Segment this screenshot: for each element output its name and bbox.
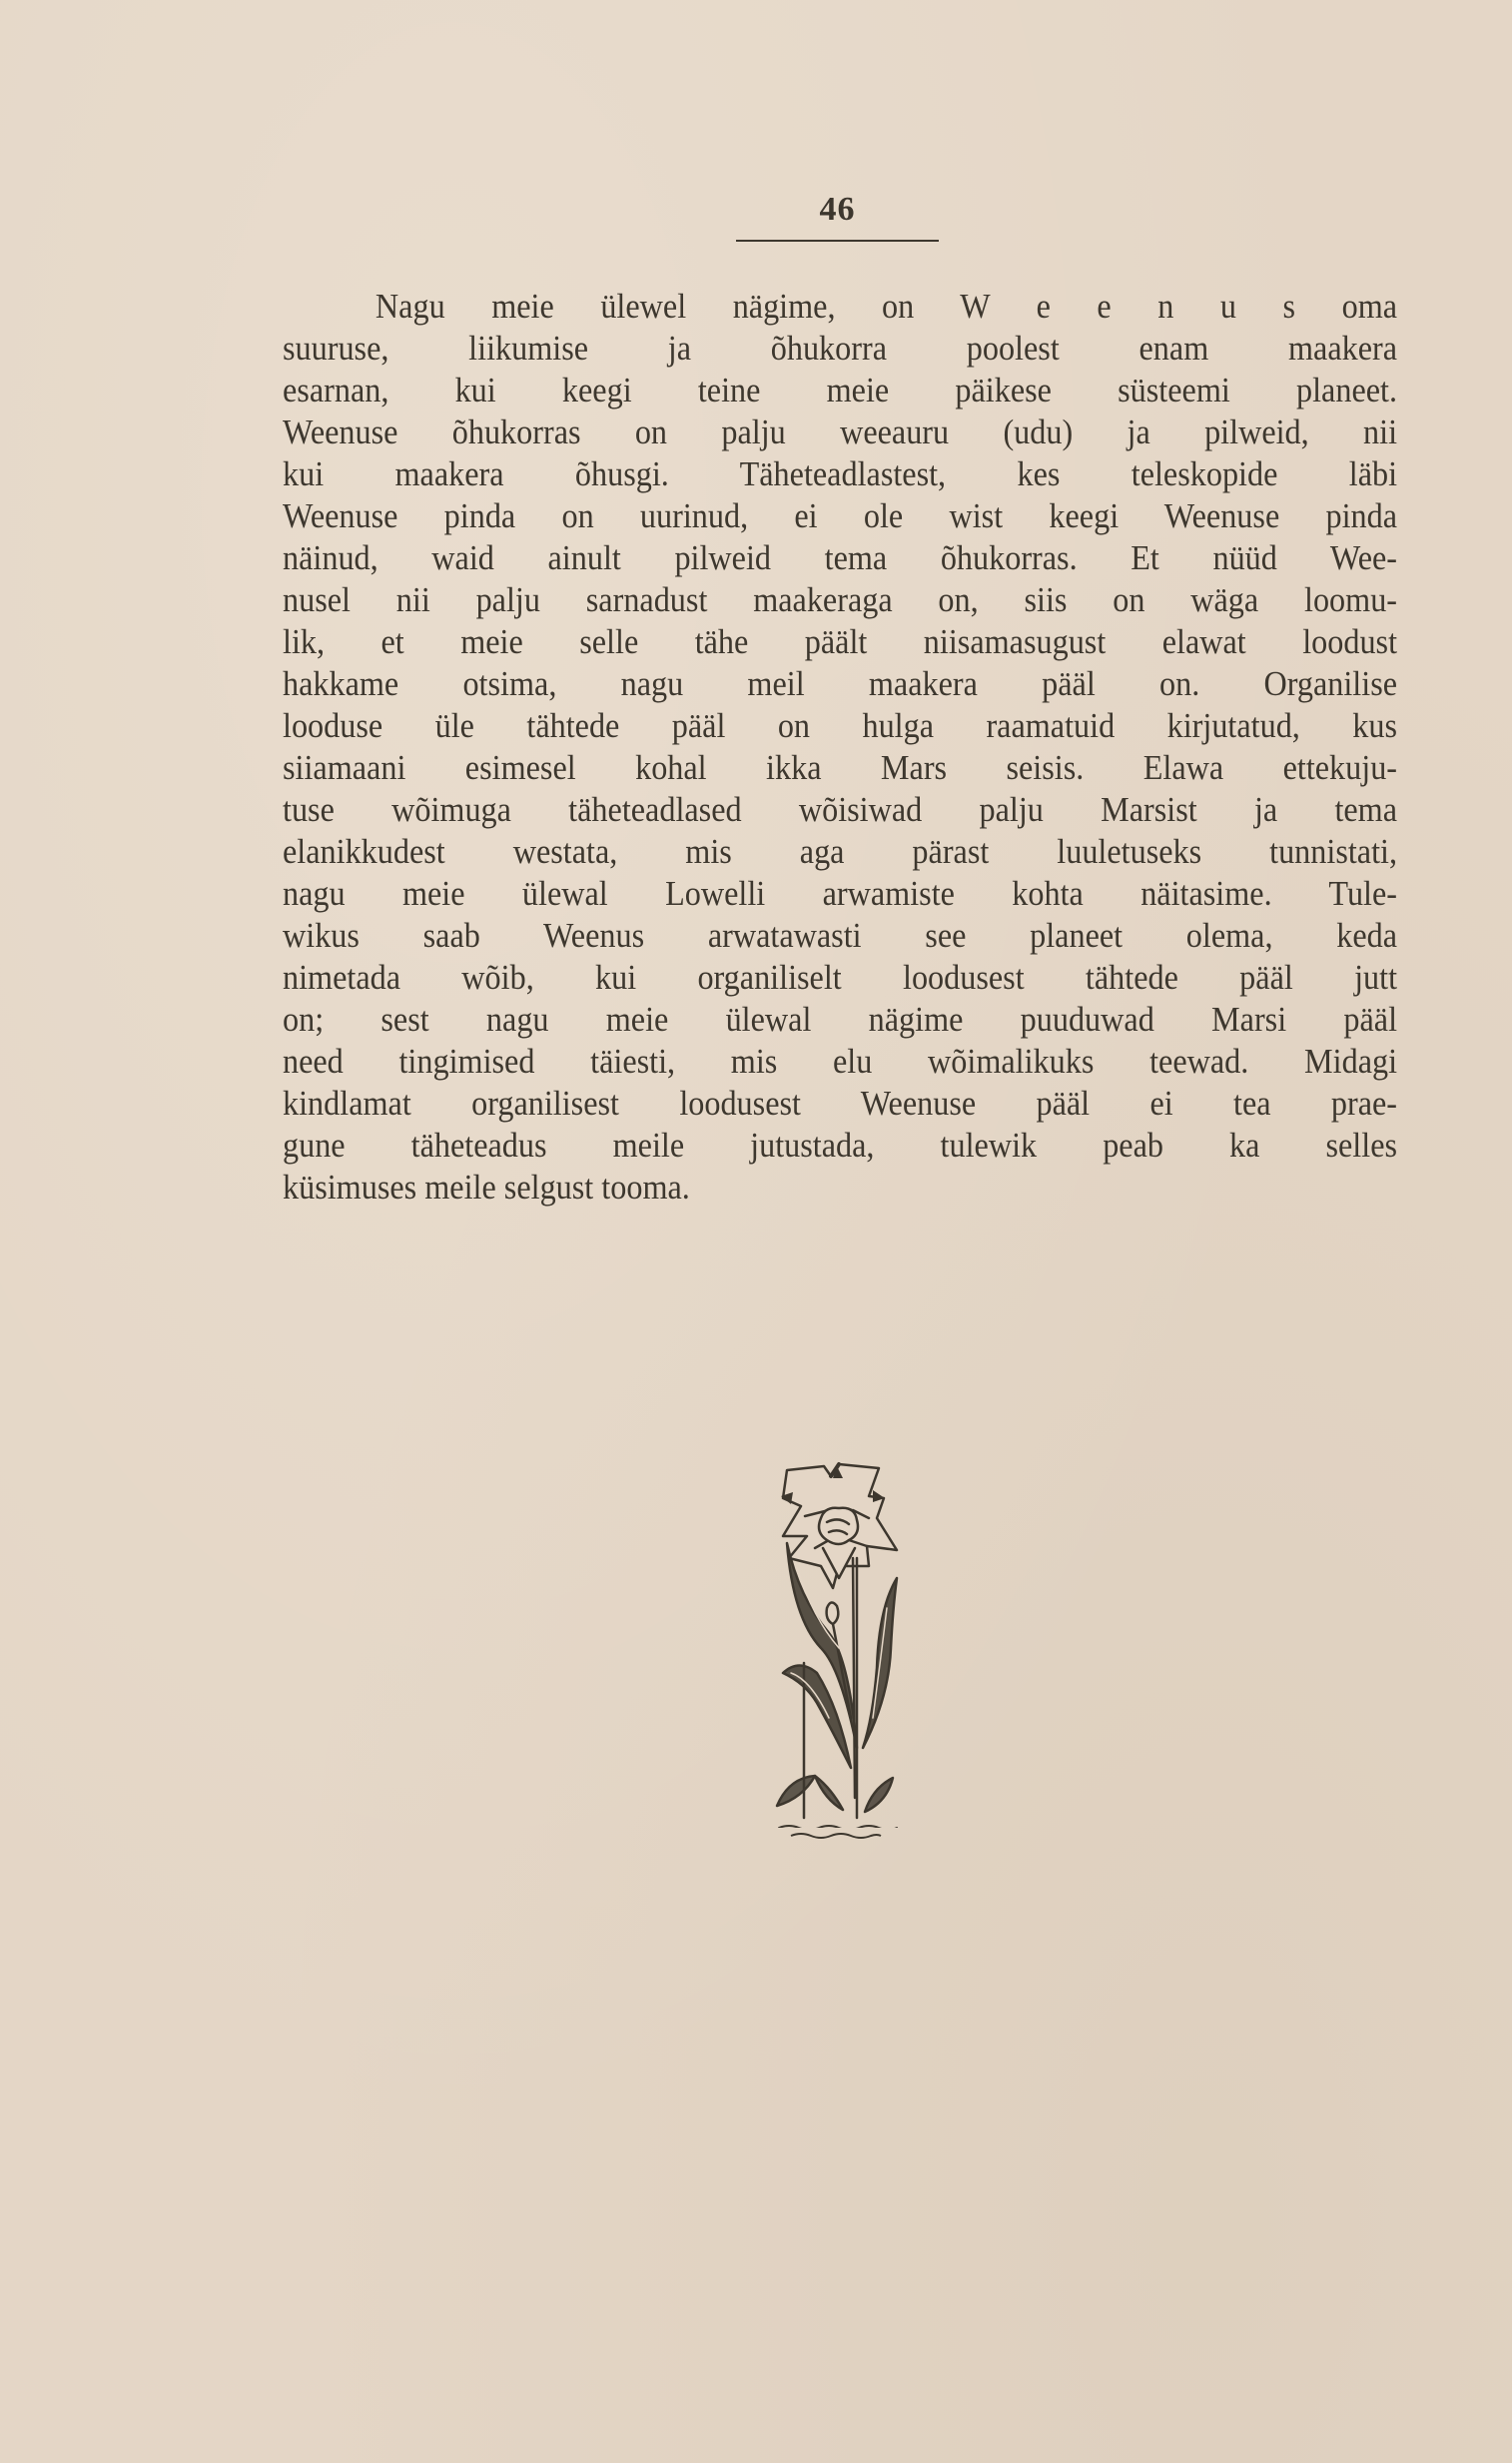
page-number: 46 bbox=[736, 190, 939, 230]
text-line: nagu meie ülewal Lowelli arwamiste kohta… bbox=[283, 873, 1397, 915]
text-line: nimetada wõib, kui organiliselt looduses… bbox=[283, 957, 1397, 999]
text-line: Weenuse õhukorras on palju weeauru (udu)… bbox=[283, 411, 1397, 453]
text-line: hakkame otsima, nagu meil maakera pääl o… bbox=[283, 663, 1397, 705]
text-line: esarnan, kui keegi teine meie päikese sü… bbox=[283, 370, 1397, 411]
text-line: wikus saab Weenus arwatawasti see planee… bbox=[283, 915, 1397, 957]
header-rule bbox=[736, 240, 939, 242]
text-line: Weenuse pinda on uurinud, ei ole wist ke… bbox=[283, 495, 1397, 537]
text-line: Nagu meie ülewel nägime, on W e e n u s … bbox=[283, 286, 1397, 328]
text-line: gune täheteadus meile jutustada, tulewik… bbox=[283, 1125, 1397, 1167]
text-line: tuse wõimuga täheteadlased wõisiwad palj… bbox=[283, 789, 1397, 831]
text-line: need tingimised täiesti, mis elu wõimali… bbox=[283, 1041, 1397, 1083]
text-line: nusel nii palju sarnadust maakeraga on, … bbox=[283, 579, 1397, 621]
text-line: kui maakera õhusgi. Täheteadlastest, kes… bbox=[283, 453, 1397, 495]
text-line: kindlamat organilisest loodusest Weenuse… bbox=[283, 1083, 1397, 1125]
text-line: siiamaani esimesel kohal ikka Mars seisi… bbox=[283, 747, 1397, 789]
text-line: küsimuses meile selgust tooma. bbox=[283, 1167, 1397, 1209]
daffodil-flower-icon bbox=[769, 1458, 909, 1828]
book-page: 46 Nagu meie ülewel nägime, on W e e n u… bbox=[0, 0, 1512, 2463]
text-line: suuruse, liikumise ja õhukorra poolest e… bbox=[283, 328, 1397, 370]
text-line: näinud, waid ainult pilweid tema õhukorr… bbox=[283, 537, 1397, 579]
body-paragraph: Nagu meie ülewel nägime, on W e e n u s … bbox=[283, 286, 1397, 1209]
text-line: lik, et meie selle tähe päält niisamasug… bbox=[283, 621, 1397, 663]
text-line: looduse üle tähtede pääl on hulga raamat… bbox=[283, 705, 1397, 747]
text-line: on; sest nagu meie ülewal nägime puuduwa… bbox=[283, 999, 1397, 1041]
text-line: elanikkudest westata, mis aga pärast luu… bbox=[283, 831, 1397, 873]
